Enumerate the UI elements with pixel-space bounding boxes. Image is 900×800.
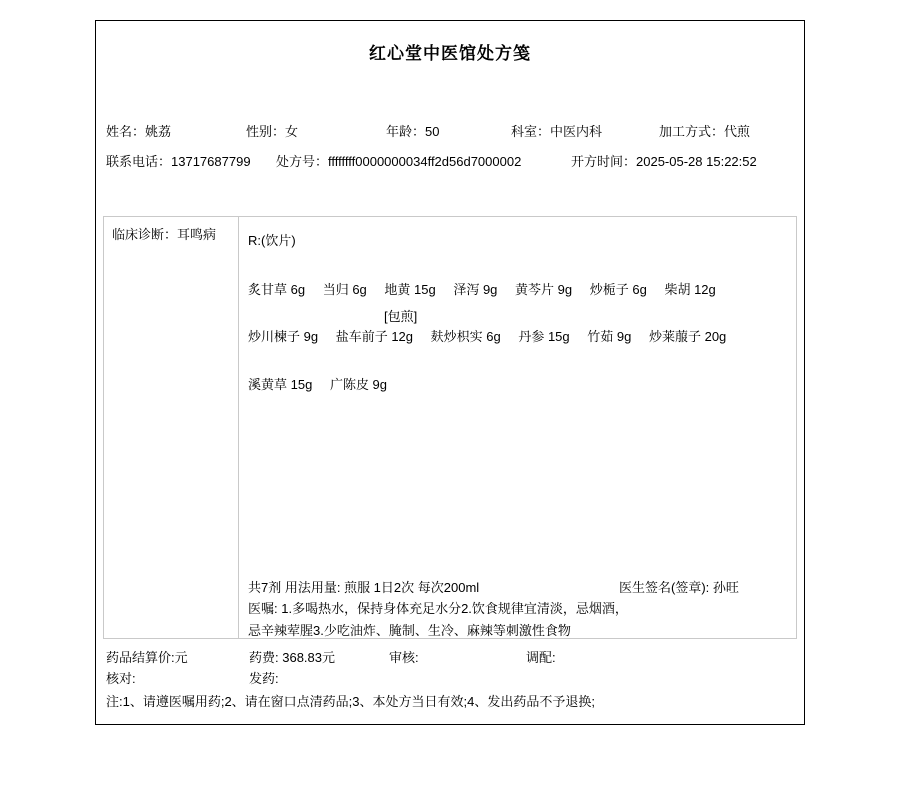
prescription-sheet: 红心堂中医馆处方笺 姓名：姚荔 性别：女 年龄：50 科室：中医内科 加工方式：… [95,20,805,725]
usage-line: 共7剂 用法用量: 煎服 1日2次 每次200ml [248,577,479,596]
patient-phone-field: 联系电话：13717687799 [106,151,251,170]
patient-age-label: 年龄： [386,124,425,139]
herb-row-2: 炒川楝子 9g 盐车前子 12g 麸炒枳实 6g 丹参 15g 竹茹 9g 炒莱… [248,326,740,345]
rx-time-field: 开方时间：2025-05-28 15:22:52 [571,151,757,170]
rx-time-label: 开方时间： [571,154,636,169]
rx-time-value: 2025-05-28 15:22:52 [636,154,757,169]
review-field: 审核: [389,647,419,666]
herb-item: 炒莱菔子 20g [649,326,726,345]
herb-item: 竹茹 9g [587,326,631,345]
herb-item: 麸炒枳实 6g [431,326,501,345]
footer-note: 注:1、请遵医嘱用药;2、请在窗口点清药品;3、本处方当日有效;4、发出药品不予… [106,691,595,710]
diagnosis-column: 临床诊断：耳鸣病 [104,217,239,638]
patient-process-label: 加工方式： [659,124,724,139]
diagnosis-value: 耳鸣病 [177,227,216,242]
herb-row-1: 炙甘草 6g 当归 6g 地黄 15g 泽泻 9g 黄芩片 9g 炒栀子 6g … [248,279,730,298]
patient-age-field: 年龄：50 [386,121,439,140]
herb-item: 黄芩片 9g [515,279,572,298]
rx-number-field: 处方号：ffffffff0000000034ff2d56d7000002 [276,151,521,170]
herb-item: 盐车前子 12g [336,326,413,345]
decoction-annotation: [包煎] [384,306,417,325]
doctor-signature-label: 医生签名(签章): [619,580,713,595]
fee-label: 药费: [249,650,282,665]
patient-dept-field: 科室：中医内科 [511,121,602,140]
doctor-signature: 医生签名(签章): 孙旺 [619,577,739,596]
medical-advice: 医嘱: 1.多喝热水，保持身体充足水分2.饮食规律宜清淡，忌烟酒，忌辛辣荤腥3.… [248,598,628,642]
patient-process-field: 加工方式：代煎 [659,121,750,140]
patient-gender-field: 性别：女 [246,121,298,140]
fee-value: 368.83元 [282,650,335,665]
rx-number-label: 处方号： [276,154,328,169]
herb-item: 广陈皮 9g [330,374,387,393]
patient-name-field: 姓名：姚荔 [106,121,171,140]
patient-age-value: 50 [425,124,439,139]
prescription-content: R:(饮片) 炙甘草 6g 当归 6g 地黄 15g 泽泻 9g 黄芩片 9g … [239,217,796,638]
patient-phone-value: 13717687799 [171,154,251,169]
patient-phone-label: 联系电话： [106,154,171,169]
settlement-price-field: 药品结算价:元 [106,647,188,666]
patient-info-row-2: 联系电话：13717687799 处方号：ffffffff0000000034f… [96,151,806,169]
herb-item: 地黄 15g [384,279,435,298]
fee-field: 药费: 368.83元 [249,647,335,666]
prescription-box: 临床诊断：耳鸣病 R:(饮片) 炙甘草 6g 当归 6g 地黄 15g 泽泻 9… [103,216,797,639]
herb-item: 炒栀子 6g [590,279,647,298]
herb-item: 柴胡 12g [664,279,715,298]
herb-item: 炙甘草 6g [248,279,305,298]
herb-item: 泽泻 9g [453,279,497,298]
patient-gender-value: 女 [285,124,298,139]
herb-item: 炒川楝子 9g [248,326,318,345]
herb-item: 丹参 15g [518,326,569,345]
issue-field: 发药: [249,668,279,687]
patient-process-value: 代煎 [724,124,750,139]
rx-header: R:(饮片) [248,230,296,249]
rx-number-value: ffffffff0000000034ff2d56d7000002 [328,154,521,169]
patient-dept-label: 科室： [511,124,550,139]
diagnosis-label: 临床诊断： [112,227,177,242]
check-field: 核对: [106,668,136,687]
patient-dept-value: 中医内科 [550,124,602,139]
patient-info-row-1: 姓名：姚荔 性别：女 年龄：50 科室：中医内科 加工方式：代煎 [96,121,806,139]
patient-name-label: 姓名： [106,124,145,139]
patient-gender-label: 性别： [246,124,285,139]
herb-row-3: 溪黄草 15g 广陈皮 9g [248,374,401,393]
doctor-signature-name: 孙旺 [713,580,739,595]
dispense-field: 调配: [526,647,556,666]
patient-name-value: 姚荔 [145,124,171,139]
herb-item: 溪黄草 15g [248,374,312,393]
herb-item: 当归 6g [323,279,367,298]
page-title: 红心堂中医馆处方笺 [96,39,804,64]
